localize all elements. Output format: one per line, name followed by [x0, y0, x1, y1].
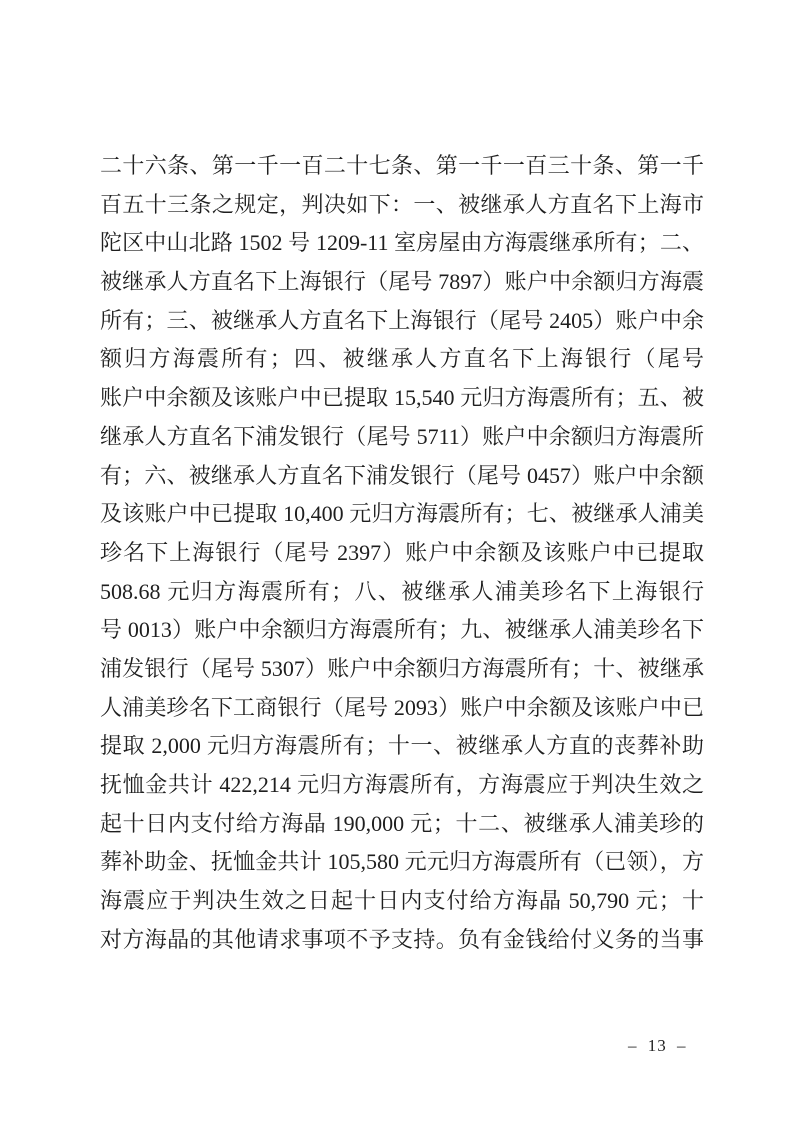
text-line: 继承人方直名下浦发银行（尾号 5711）账户中余额归方海震所: [100, 418, 704, 457]
text-line: 被继承人方直名下上海银行（尾号 7897）账户中余额归方海震: [100, 263, 704, 302]
text-line: 额归方海震所有；四、被继承人方直名下上海银行（尾号 3065）: [100, 340, 704, 379]
text-line: 提取 2,000 元归方海震所有；十一、被继承人方直的丧葬补助金、: [100, 727, 704, 766]
text-line: 百五十三条之规定，判决如下：一、被继承人方直名下上海市普: [100, 186, 704, 225]
text-line: 陀区中山北路 1502 号 1209-11 室房屋由方海震继承所有；二、: [100, 224, 704, 263]
text-line: 及该账户中已提取 10,400 元归方海震所有；七、被继承人浦美: [100, 495, 704, 534]
text-line: 人浦美珍名下工商银行（尾号 2093）账户中余额及该账户中已: [100, 689, 704, 728]
page-number: – 13 –: [628, 1036, 687, 1056]
text-line: 有；六、被继承人方直名下浦发银行（尾号 0457）账户中余额: [100, 457, 704, 496]
judgment-text-block: 二十六条、第一千一百二十七条、第一千一百三十条、第一千一 百五十三条之规定，判决…: [100, 147, 704, 959]
text-line: 浦发银行（尾号 5307）账户中余额归方海震所有；十、被继承: [100, 650, 704, 689]
text-line: 508.68 元归方海震所有；八、被继承人浦美珍名下上海银行（尾: [100, 573, 704, 612]
text-line: 账户中余额及该账户中已提取 15,540 元归方海震所有；五、被: [100, 379, 704, 418]
text-line: 抚恤金共计 422,214 元归方海震所有，方海震应于判决生效之日: [100, 766, 704, 805]
document-page: 二十六条、第一千一百二十七条、第一千一百三十条、第一千一 百五十三条之规定，判决…: [0, 0, 800, 1131]
text-line: 号 0013）账户中余额归方海震所有；九、被继承人浦美珍名下: [100, 611, 704, 650]
text-line: 对方海晶的其他请求事项不予支持。负有金钱给付义务的当事人: [100, 921, 704, 960]
text-line: 海震应于判决生效之日起十日内支付给方海晶 50,790 元；十三、: [100, 882, 704, 921]
text-line: 葬补助金、抚恤金共计 105,580 元元归方海震所有（已领），方: [100, 843, 704, 882]
text-line: 珍名下上海银行（尾号 2397）账户中余额及该账户中已提取: [100, 534, 704, 573]
text-line: 所有；三、被继承人方直名下上海银行（尾号 2405）账户中余: [100, 302, 704, 341]
text-line: 二十六条、第一千一百二十七条、第一千一百三十条、第一千一: [100, 147, 704, 186]
text-line: 起十日内支付给方海晶 190,000 元；十二、被继承人浦美珍的丧: [100, 805, 704, 844]
